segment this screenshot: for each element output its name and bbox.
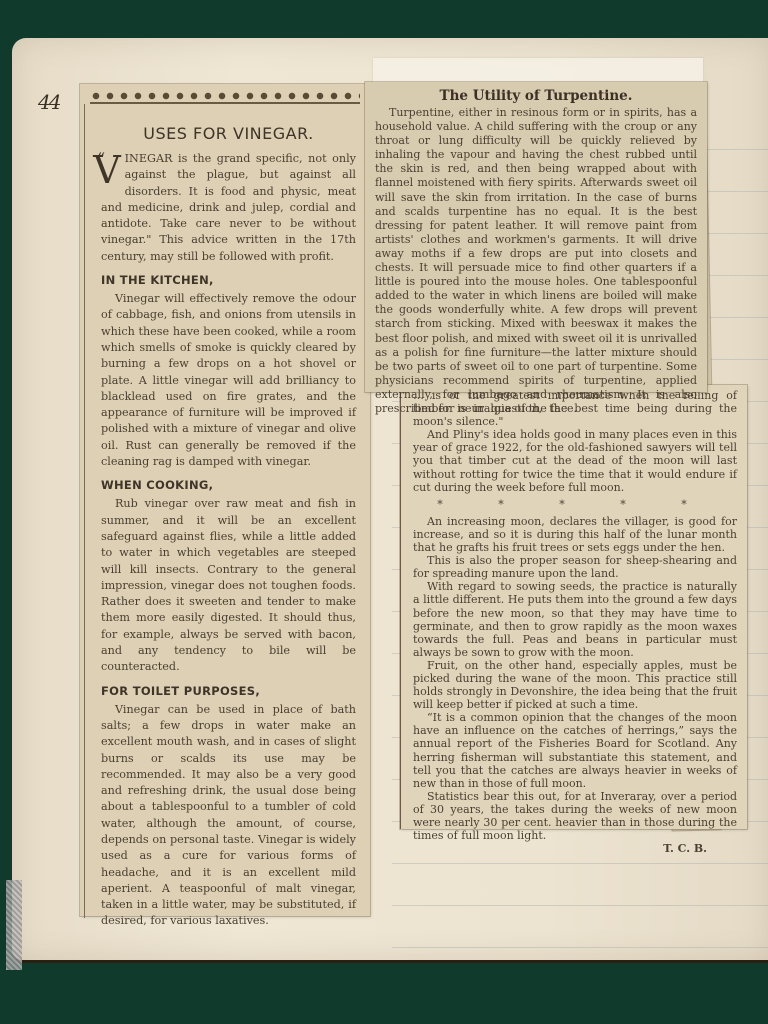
section-text: Rub vinegar over raw meat and fish in su… — [101, 496, 356, 675]
signature: T. C. B. — [413, 842, 737, 855]
turpentine-clipping: The Utility of Turpentine. Turpentine, e… — [365, 82, 707, 392]
paragraph: Statistics bear this out, for at Inverar… — [413, 790, 737, 842]
paragraph: And Pliny's idea holds good in many plac… — [413, 428, 737, 493]
section-text: Vinegar will effectively remove the odou… — [101, 291, 356, 470]
clipping-title: USES FOR VINEGAR. — [101, 124, 356, 143]
clipping-intro: “ V INEGAR is the grand specific, not on… — [101, 151, 356, 265]
moon-folklore-clipping: … is of the greatest importance when the… — [400, 385, 747, 829]
section-text: Vinegar can be used in place of bath sal… — [101, 702, 356, 930]
ornamental-border — [90, 90, 360, 104]
drop-cap: V — [93, 153, 120, 187]
paragraph: This is also the proper season for sheep… — [413, 554, 737, 580]
paragraph: “It is a common opinion that the changes… — [413, 711, 737, 790]
vinegar-clipping: USES FOR VINEGAR. “ V INEGAR is the gran… — [80, 84, 370, 916]
paragraph: Fruit, on the other hand, especially app… — [413, 659, 737, 711]
separator: * * * * * — [413, 498, 737, 511]
paragraph: An increasing moon, declares the village… — [413, 515, 737, 554]
clipping-title: The Utility of Turpentine. — [375, 88, 697, 104]
section-heading: IN THE KITCHEN, — [101, 273, 356, 287]
clipping-text: Turpentine, either in resinous form or i… — [375, 106, 697, 416]
paragraph: With regard to sowing seeds, the practic… — [413, 580, 737, 659]
section-heading: WHEN COOKING, — [101, 478, 356, 492]
binding-cloth-edge — [6, 880, 22, 970]
intro-text: INEGAR is the grand specific, not only a… — [101, 152, 356, 263]
section-heading: FOR TOILET PURPOSES, — [101, 684, 356, 698]
handwritten-page-number: 44 — [38, 90, 59, 114]
